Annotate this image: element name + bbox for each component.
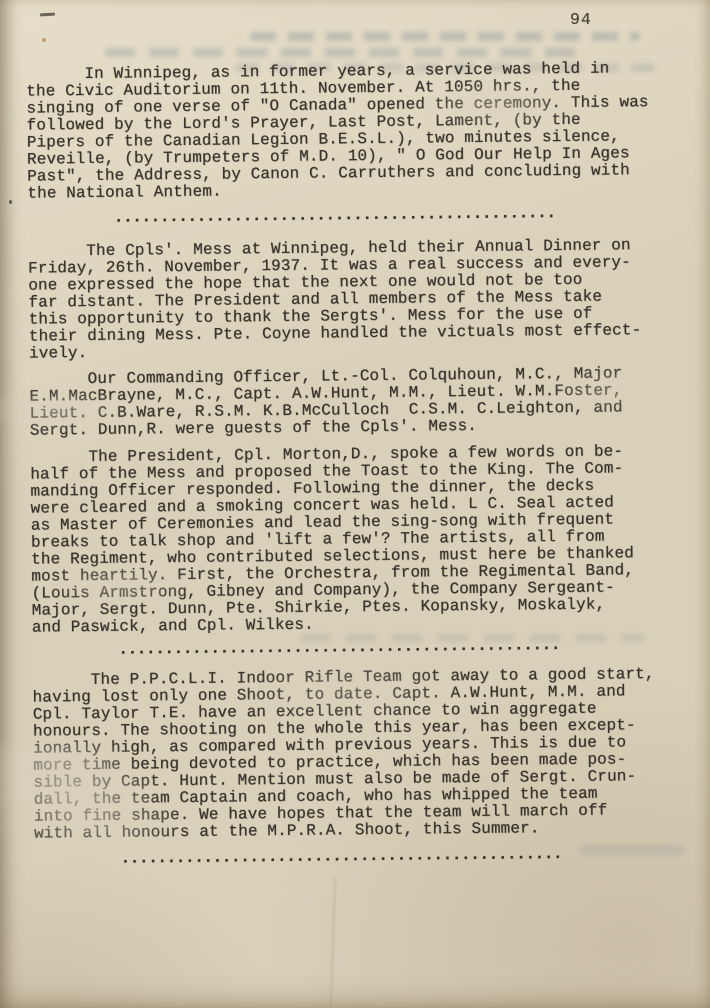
- paragraph-smoking-concert: The President, Cpl. Morton,D., spoke a f…: [30, 443, 696, 637]
- paper-crease: [330, 878, 337, 1008]
- bleed-through-text-line: [250, 32, 640, 41]
- dotted-separator: ........................................…: [32, 636, 696, 660]
- page-number: 94: [570, 10, 592, 29]
- corner-dash-mark: [40, 13, 55, 16]
- paragraph-mess-guests: Our Commanding Officer, Lt.-Col. Colquho…: [29, 365, 694, 440]
- paper-stain-speck: [42, 38, 46, 42]
- bleed-through-text-line: [105, 48, 585, 57]
- paragraph-cpls-mess-dinner: The Cpls'. Mess at Winnipeg, held their …: [28, 237, 693, 363]
- dotted-separator: ........................................…: [28, 204, 692, 228]
- paragraph-remembrance-service: In Winnipeg, as in former years, a servi…: [26, 60, 691, 203]
- scanned-typewritten-page: 94 In Winnipeg, as in former years, a se…: [0, 0, 710, 1008]
- paragraph-indoor-rifle-team: The P.P.C.L.I. Indoor Rifle Team got awa…: [32, 666, 698, 843]
- page-content: In Winnipeg, as in former years, a servi…: [26, 60, 698, 869]
- dotted-separator: ........................................…: [34, 845, 698, 869]
- stray-ink-dot: [9, 200, 12, 204]
